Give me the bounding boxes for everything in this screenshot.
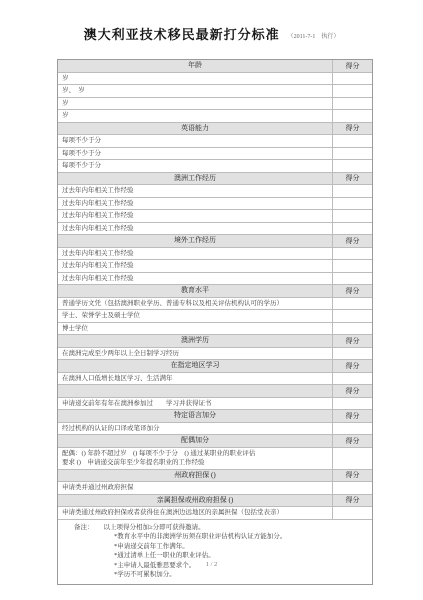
criteria-row: 岁: [58, 110, 372, 123]
criteria-line: 岁: [62, 111, 328, 121]
criteria-text: 过去年内年相关工作经验: [58, 223, 332, 235]
criteria-row: 过去年内年相关工作经验: [58, 223, 372, 236]
score-column-header: 得分: [332, 435, 372, 447]
section-header-row: 澳洲工作经历得分: [58, 173, 372, 186]
criteria-line: 在澳洲完成至少两年以上全日制学习经历: [62, 349, 328, 359]
criteria-text: 博士学位: [58, 323, 332, 335]
score-cell: [332, 398, 372, 410]
criteria-line: 岁: [62, 74, 328, 84]
section-header-row: 在指定地区学习得分: [58, 360, 372, 373]
score-column-header: 得分: [332, 285, 372, 297]
criteria-line: 普通学历文凭（包括澳洲职业学历、普通专科以及相关评估机构认可的学历）: [62, 299, 328, 309]
criteria-line: 过去年内年相关工作经验: [62, 249, 328, 259]
section-header-row: 教育水平得分: [58, 285, 372, 298]
section-title: 澳洲工作经历: [58, 173, 332, 185]
score-column-header: 得分: [332, 410, 372, 422]
section-header-row: 配偶加分得分: [58, 435, 372, 448]
notes-label: 备注：: [74, 523, 94, 533]
criteria-row: 学士、荣誉学士及硕士学位: [58, 310, 372, 323]
score-cell: [332, 135, 372, 147]
score-column-header: 得分: [332, 60, 372, 72]
criteria-text: 岁、 岁: [58, 85, 332, 97]
section-header-row: 得分: [58, 385, 372, 398]
criteria-text: 过去年内年相关工作经验: [58, 260, 332, 272]
section-title: 澳洲学历: [58, 335, 332, 347]
criteria-row: 过去年内年相关工作经验: [58, 210, 372, 223]
score-cell: [332, 273, 372, 285]
section-title: 亲属担保或州政府担保 (): [58, 495, 332, 507]
section-title: 英语能力: [58, 123, 332, 135]
criteria-text: 申请类通过州政府担保或者获得住在澳洲边远地区的亲属担保（包括堂表亲）: [58, 507, 332, 519]
score-cell: [332, 223, 372, 235]
criteria-text: 过去年内年相关工作经验: [58, 273, 332, 285]
criteria-row: 每项不少于分: [58, 148, 372, 161]
criteria-row: 岁、 岁: [58, 85, 372, 98]
criteria-row: 配偶：() 年龄不超过岁 () 每项不少于分 () 通过某职业的职业评估要求 (…: [58, 448, 372, 470]
criteria-line: 经过机构的认证的口译或笔译加分: [62, 424, 328, 434]
criteria-line: 过去年内年相关工作经验: [62, 211, 328, 221]
notes-item: *教育水平中的非澳洲学历须在职业评估机构认证方能加分。: [74, 532, 366, 542]
section-title: 年龄: [58, 60, 332, 72]
criteria-line: 过去年内年相关工作经验: [62, 274, 328, 284]
criteria-row: 岁: [58, 98, 372, 111]
page-title: 澳大利亚技术移民最新打分标准: [84, 24, 280, 43]
criteria-row: 过去年内年相关工作经验: [58, 248, 372, 261]
criteria-text: 每项不少于分: [58, 135, 332, 147]
criteria-row: 在澳洲人口低增长地区学习、生活满年: [58, 373, 372, 386]
section-title: 配偶加分: [58, 435, 332, 447]
section-title: 特定语言加分: [58, 410, 332, 422]
score-cell: [332, 373, 372, 385]
criteria-text: 过去年内年相关工作经验: [58, 185, 332, 197]
section-title: 在指定地区学习: [58, 360, 332, 372]
criteria-row: 普通学历文凭（包括澳洲职业学历、普通专科以及相关评估机构认可的学历）: [58, 298, 372, 311]
notes-item: *学历不可累积加分。: [74, 570, 366, 580]
score-cell: [332, 423, 372, 435]
criteria-line: 博士学位: [62, 324, 328, 334]
criteria-line: 在澳洲人口低增长地区学习、生活满年: [62, 374, 328, 384]
section-header-row: 州政府担保 ()得分: [58, 470, 372, 483]
score-cell: [332, 260, 372, 272]
criteria-row: 经过机构的认证的口译或笔译加分: [58, 423, 372, 436]
score-column-header: 得分: [332, 470, 372, 482]
score-cell: [332, 323, 372, 335]
score-cell: [332, 160, 372, 172]
criteria-line: 每项不少于分: [62, 136, 328, 146]
score-cell: [332, 482, 372, 494]
criteria-row: 过去年内年相关工作经验: [58, 273, 372, 286]
score-cell: [332, 85, 372, 97]
criteria-text: 在澳洲人口低增长地区学习、生活满年: [58, 373, 332, 385]
criteria-text: 学士、荣誉学士及硕士学位: [58, 310, 332, 322]
score-cell: [332, 198, 372, 210]
criteria-line: 岁、 岁: [62, 86, 328, 96]
score-column-header: 得分: [332, 385, 372, 397]
score-column-header: 得分: [332, 235, 372, 247]
criteria-row: 博士学位: [58, 323, 372, 336]
document-page: 澳大利亚技术移民最新打分标准（2011-7-1 执行） 年龄得分岁岁、 岁岁岁英…: [0, 0, 423, 600]
criteria-line: 岁: [62, 99, 328, 109]
section-header-row: 特定语言加分得分: [58, 410, 372, 423]
criteria-row: 申请递交前年有年在澳洲参加过 学习并获得证书: [58, 398, 372, 411]
criteria-text: 岁: [58, 73, 332, 85]
score-column-header: 得分: [332, 360, 372, 372]
score-cell: [332, 248, 372, 260]
score-column-header: 得分: [332, 173, 372, 185]
criteria-line: 要求 () 申请递交前年至少年提名职业的工作经验: [62, 458, 328, 468]
criteria-line: 过去年内年相关工作经验: [62, 224, 328, 234]
notes-intro-text: 以上项得分相加≥分即可获得邀请。: [104, 523, 205, 533]
criteria-text: 过去年内年相关工作经验: [58, 210, 332, 222]
criteria-text: 在澳洲完成至少两年以上全日制学习经历: [58, 348, 332, 360]
criteria-text: 过去年内年相关工作经验: [58, 198, 332, 210]
criteria-row: 过去年内年相关工作经验: [58, 185, 372, 198]
criteria-text: 普通学历文凭（包括澳洲职业学历、普通专科以及相关评估机构认可的学历）: [58, 298, 332, 310]
criteria-line: 过去年内年相关工作经验: [62, 186, 328, 196]
criteria-row: 岁: [58, 73, 372, 86]
score-cell: [332, 185, 372, 197]
notes-item: *申请递交前年工作满年。: [74, 542, 366, 552]
notes-item: *通过清单上任一职业的职业评估。: [74, 551, 366, 561]
criteria-text: 申请类并通过州政府担保: [58, 482, 332, 494]
criteria-text: 每项不少于分: [58, 160, 332, 172]
section-title: 教育水平: [58, 285, 332, 297]
criteria-text: 岁: [58, 98, 332, 110]
criteria-row: 每项不少于分: [58, 160, 372, 173]
criteria-row: 申请类并通过州政府担保: [58, 482, 372, 495]
criteria-line: 每项不少于分: [62, 161, 328, 171]
criteria-row: 过去年内年相关工作经验: [58, 198, 372, 211]
page-number: 1 / 2: [0, 561, 423, 568]
criteria-line: 申请类并通过州政府担保: [62, 483, 328, 493]
criteria-line: 申请类通过州政府担保或者获得住在澳洲边远地区的亲属担保（包括堂表亲）: [62, 508, 328, 518]
criteria-row: 每项不少于分: [58, 135, 372, 148]
score-column-header: 得分: [332, 335, 372, 347]
criteria-row: 申请类通过州政府担保或者获得住在澳洲边远地区的亲属担保（包括堂表亲）: [58, 507, 372, 520]
score-cell: [332, 448, 372, 469]
score-cell: [332, 310, 372, 322]
criteria-line: 配偶：() 年龄不超过岁 () 每项不少于分 () 通过某职业的职业评估: [62, 449, 328, 459]
section-header-row: 年龄得分: [58, 60, 372, 73]
score-cell: [332, 348, 372, 360]
section-title: [58, 385, 332, 397]
notes-block: 备注：以上项得分相加≥分即可获得邀请。*教育水平中的非澳洲学历须在职业评估机构认…: [58, 520, 372, 584]
notes-intro-line: 备注：以上项得分相加≥分即可获得邀请。: [74, 523, 366, 533]
score-column-header: 得分: [332, 123, 372, 135]
criteria-text: 每项不少于分: [58, 148, 332, 160]
criteria-line: 过去年内年相关工作经验: [62, 261, 328, 271]
score-table: 年龄得分岁岁、 岁岁岁英语能力得分每项不少于分每项不少于分每项不少于分澳洲工作经…: [57, 59, 373, 585]
criteria-line: 每项不少于分: [62, 149, 328, 159]
score-cell: [332, 110, 372, 122]
score-cell: [332, 507, 372, 519]
criteria-line: 学士、荣誉学士及硕士学位: [62, 311, 328, 321]
criteria-row: 在澳洲完成至少两年以上全日制学习经历: [58, 348, 372, 361]
title-row: 澳大利亚技术移民最新打分标准（2011-7-1 执行）: [0, 0, 423, 44]
section-header-row: 亲属担保或州政府担保 ()得分: [58, 495, 372, 508]
score-cell: [332, 148, 372, 160]
section-title: 州政府担保 (): [58, 470, 332, 482]
section-title: 境外工作经历: [58, 235, 332, 247]
criteria-line: 申请递交前年有年在澳洲参加过 学习并获得证书: [62, 399, 328, 409]
score-column-header: 得分: [332, 495, 372, 507]
criteria-text: 申请递交前年有年在澳洲参加过 学习并获得证书: [58, 398, 332, 410]
criteria-text: 配偶：() 年龄不超过岁 () 每项不少于分 () 通过某职业的职业评估要求 (…: [58, 448, 332, 469]
section-header-row: 澳洲学历得分: [58, 335, 372, 348]
score-cell: [332, 210, 372, 222]
score-cell: [332, 98, 372, 110]
criteria-text: 岁: [58, 110, 332, 122]
criteria-text: 经过机构的认证的口译或笔译加分: [58, 423, 332, 435]
criteria-text: 过去年内年相关工作经验: [58, 248, 332, 260]
section-header-row: 英语能力得分: [58, 123, 372, 136]
criteria-row: 过去年内年相关工作经验: [58, 260, 372, 273]
score-cell: [332, 298, 372, 310]
section-header-row: 境外工作经历得分: [58, 235, 372, 248]
criteria-line: 过去年内年相关工作经验: [62, 199, 328, 209]
score-cell: [332, 73, 372, 85]
page-subtitle: （2011-7-1 执行）: [288, 31, 340, 40]
